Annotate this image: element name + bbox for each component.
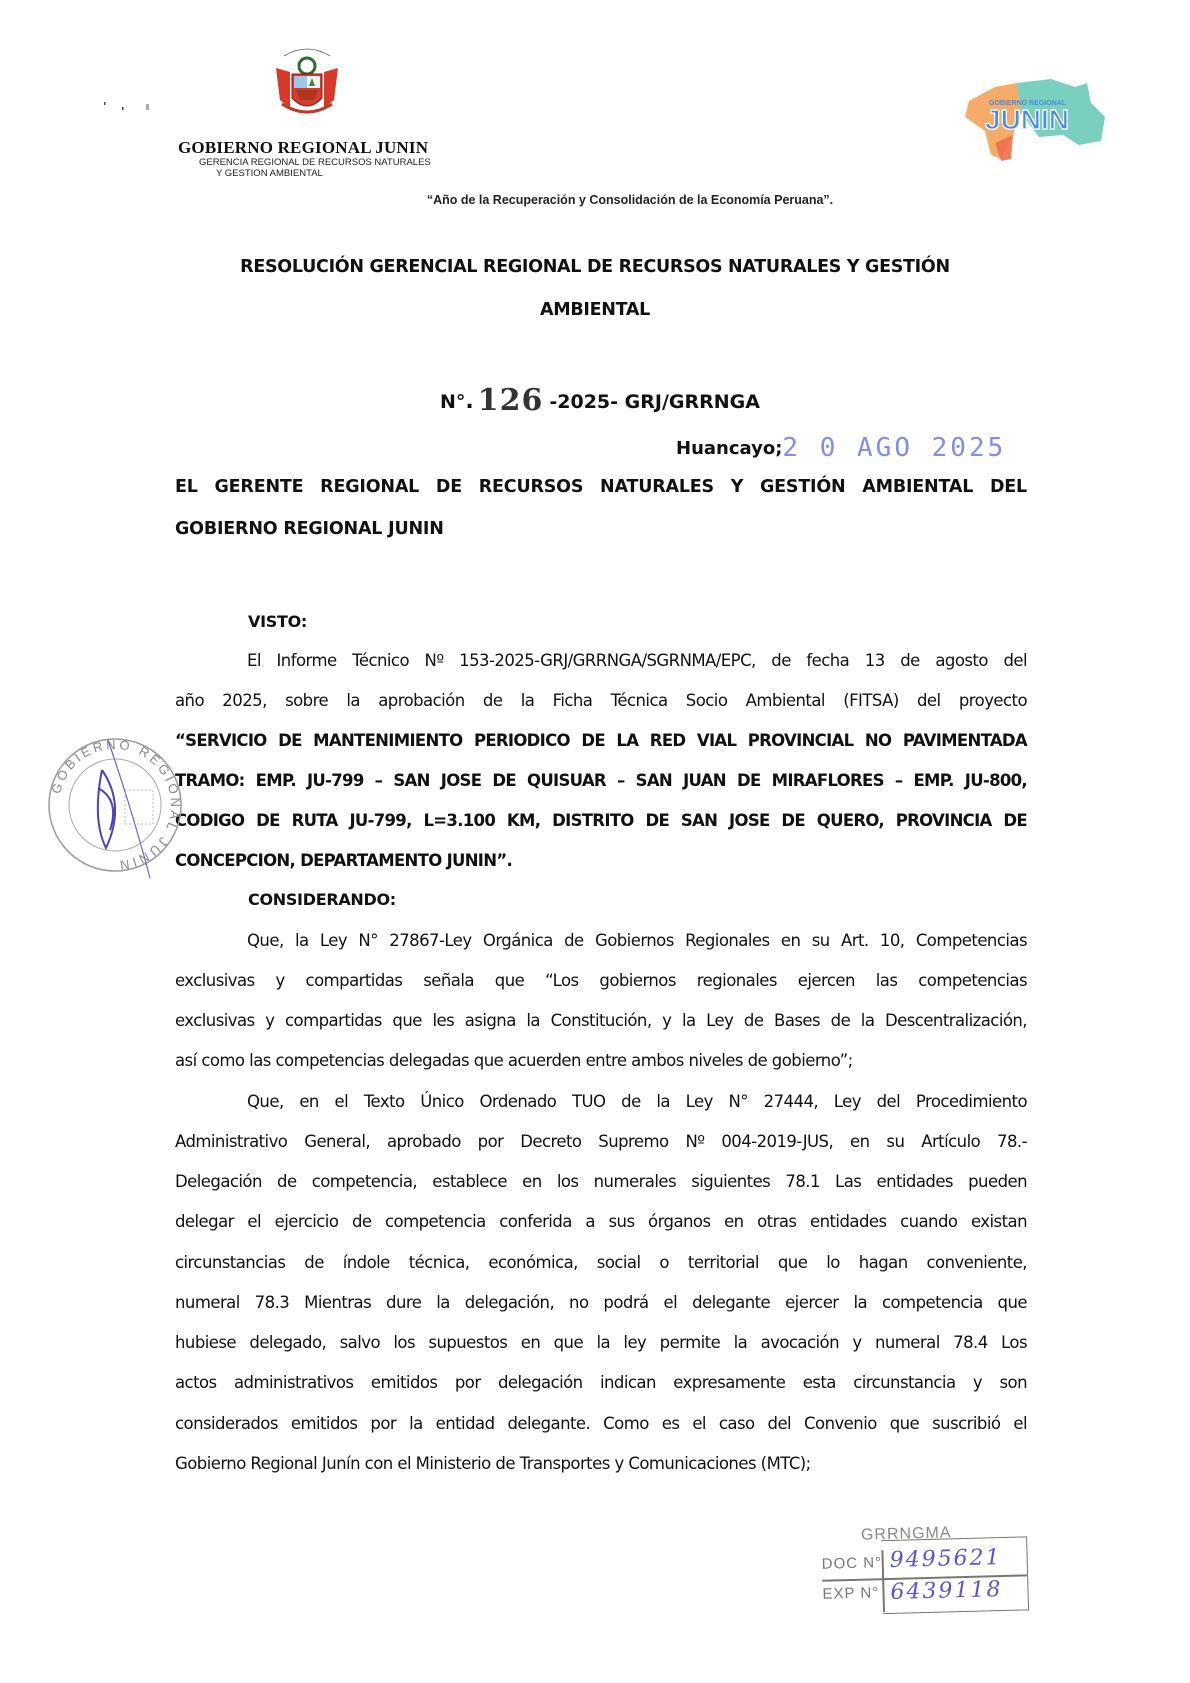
- considerando-p2-line: hubiese delegado, salvo los supuestos en…: [175, 1333, 1027, 1352]
- registry-stamp: GRRNGMA DOC N° EXP N° 9495621 6439118: [821, 1522, 1033, 1622]
- considerando-p1-line: Que, la Ley N° 27867-Ley Orgánica de Gob…: [247, 931, 1027, 950]
- date-stamp: 2 0 AGO 2025: [782, 433, 1006, 463]
- considerando-p1-line: exclusivas y compartidas señala que “Los…: [175, 971, 1027, 990]
- considerando-p2-line: Delegación de competencia, establece en …: [175, 1172, 1027, 1191]
- project-name-line: TRAMO: EMP. JU-799 – SAN JOSE DE QUISUAR…: [175, 771, 1027, 790]
- resolution-title-line2: AMBIENTAL: [0, 300, 1190, 320]
- number-suffix: -2025- GRJ/GRRNGA: [549, 391, 760, 413]
- considerando-p2-line: numeral 78.3 Mientras dure la delegación…: [175, 1293, 1027, 1312]
- peru-coat-of-arms-icon: [272, 42, 342, 122]
- considerando-p2-line: delegar el ejercicio de competencia conf…: [175, 1212, 1027, 1231]
- considerando-p2-line: actos administrativos emitidos por deleg…: [175, 1373, 1027, 1392]
- resolution-title-line1: RESOLUCIÓN GERENCIAL REGIONAL DE RECURSO…: [0, 257, 1190, 277]
- project-name-line: “SERVICIO DE MANTENIMIENTO PERIODICO DE …: [175, 731, 1027, 750]
- considerando-heading: CONSIDERANDO:: [248, 890, 396, 909]
- considerando-p2-line: Que, en el Texto Único Ordenado TUO de l…: [247, 1092, 1027, 1111]
- number-dot: .: [465, 389, 473, 414]
- place-and-date: Huancayo;2 0 AGO 2025: [676, 431, 1006, 461]
- issuer-line2: GOBIERNO REGIONAL JUNIN: [175, 519, 1027, 539]
- considerando-p2-line: Administrativo General, aprobado por Dec…: [175, 1132, 1027, 1151]
- considerando-p2-line: circunstancias de índole técnica, económ…: [175, 1253, 1027, 1272]
- exp-number-value: 6439118: [890, 1577, 1003, 1605]
- project-name-line: CONCEPCION, DEPARTAMENTO JUNIN”.: [175, 851, 1027, 870]
- scan-speck-marks: [100, 98, 170, 118]
- department-name-line1: GERENCIA REGIONAL DE RECURSOS NATURALES: [199, 157, 431, 168]
- department-name-line2: Y GESTION AMBIENTAL: [216, 168, 323, 179]
- visto-heading: VISTO:: [248, 612, 307, 631]
- junin-region-map-logo: GOBIERNO REGIONAL JUNIN: [955, 73, 1115, 163]
- place: Huancayo;: [676, 438, 782, 459]
- doc-number-label: DOC N°: [822, 1554, 883, 1573]
- doc-number-value: 9495621: [889, 1545, 1002, 1573]
- considerando-p2-line: Gobierno Regional Junín con el Ministeri…: [175, 1454, 1027, 1473]
- exp-number-label: EXP N°: [822, 1584, 879, 1602]
- visto-line: año 2025, sobre la aprobación de la Fich…: [175, 691, 1027, 710]
- issuer-line1: EL GERENTE REGIONAL DE RECURSOS NATURALE…: [175, 477, 1027, 497]
- number-value: 126: [478, 383, 544, 418]
- regional-government-seal-icon: GOBIERNO REGIONAL JUNIN: [40, 730, 190, 880]
- project-name-line: CODIGO DE RUTA JU-799, L=3.100 KM, DISTR…: [175, 811, 1027, 830]
- considerando-p2-line: considerados emitidos por la entidad del…: [175, 1414, 1027, 1433]
- considerando-p1-line: exclusivas y compartidas que les asigna …: [175, 1011, 1027, 1030]
- government-name: GOBIERNO REGIONAL JUNIN: [178, 138, 428, 158]
- visto-line: El Informe Técnico Nº 153-2025-GRJ/GRRNG…: [247, 651, 1027, 670]
- resolution-number: N°.126-2025- GRJ/GRRNGA: [440, 381, 760, 416]
- year-motto: “Año de la Recuperación y Consolidación …: [0, 193, 1190, 207]
- number-prefix: N°: [440, 391, 465, 413]
- considerando-p1-line: así como las competencias delegadas que …: [175, 1051, 1027, 1070]
- svg-text:JUNIN: JUNIN: [985, 104, 1069, 135]
